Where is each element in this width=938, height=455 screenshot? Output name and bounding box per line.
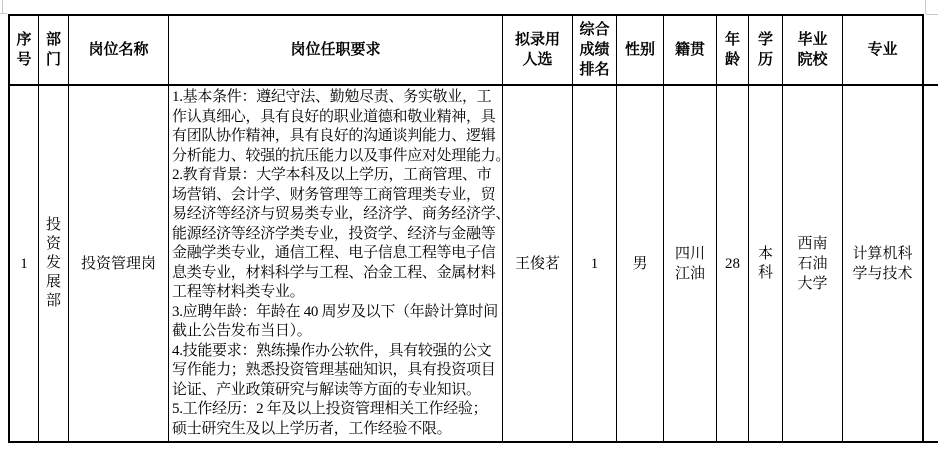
cell-major: 计算机科 学与技术 [843,86,922,441]
table-bottom-extension-line [922,441,938,443]
cell-hometown: 四川 江油 [664,86,717,441]
cell-requirements: 1.基本条件：遵纪守法、勤勉尽责、务实敬业，工 作认真细心，具有良好的职业道德和… [169,86,503,441]
header-major: 专业 [843,16,922,86]
header-requirements: 岗位任职要求 [169,16,503,86]
header-rank: 综合 成绩 排名 [573,16,617,86]
page: 序 号 部 门 岗位名称 岗位任职要求 拟录用 人选 综合 成绩 排名 性别 籍… [0,0,938,455]
gridline-artifact-top-left-vertical [2,0,3,13]
header-candidate-label: 拟录用 [515,30,560,50]
header-candidate: 拟录用 人选 [503,16,573,86]
header-age: 年 龄 [717,16,749,86]
school-value: 西南 [797,234,827,254]
requirements-text: 1.基本条件：遵纪守法、勤勉尽责、务实敬业，工 [172,88,501,108]
header-school-label: 毕业 [797,30,827,50]
header-department: 部 门 [39,16,69,86]
header-position: 岗位名称 [69,16,169,86]
gender-value: 男 [632,254,647,274]
education-value: 本 [758,245,773,264]
cell-candidate: 王俊茗 [503,86,573,441]
header-education-label: 学 [758,30,773,50]
header-rank-label: 综合 [579,20,609,40]
age-value: 28 [725,254,740,274]
header-serial: 序 号 [10,16,39,86]
major-value: 计算机科 [852,244,912,264]
header-hometown: 籍贯 [664,16,717,86]
header-requirements-label: 岗位任职要求 [290,40,380,60]
serial-value: 1 [20,254,28,274]
department-value: 投 [46,216,61,235]
gridline-artifact-top-left-horizontal [0,13,7,14]
header-major-label: 专业 [867,40,897,60]
header-serial-label: 序 [16,30,31,50]
header-hometown-label: 籍贯 [675,40,705,60]
cell-rank: 1 [573,86,617,441]
position-value: 投资管理岗 [81,254,156,274]
header-separator-extension-line [922,84,938,86]
gridline-artifact-top-right-vertical [925,0,926,14]
rank-value: 1 [591,254,599,274]
gridline-artifact-top-right-horizontal [926,14,938,15]
candidate-name: 王俊茗 [515,254,560,274]
cell-serial: 1 [10,86,39,441]
header-department-label: 部 [46,30,61,50]
recruitment-table: 序 号 部 门 岗位名称 岗位任职要求 拟录用 人选 综合 成绩 排名 性别 籍… [8,14,924,443]
cell-education: 本 科 [749,86,783,441]
cell-gender: 男 [617,86,664,441]
cell-position: 投资管理岗 [69,86,169,441]
header-gender-label: 性别 [625,40,655,60]
header-age-label: 年 [725,30,740,50]
cell-school: 西南 石油 大学 [783,86,843,441]
cell-department: 投 资 发 展 部 [39,86,69,441]
header-education: 学 历 [749,16,783,86]
header-school: 毕业 院校 [783,16,843,86]
header-position-label: 岗位名称 [88,40,148,60]
cell-age: 28 [717,86,749,441]
hometown-value: 四川 [675,244,705,264]
header-gender: 性别 [617,16,664,86]
